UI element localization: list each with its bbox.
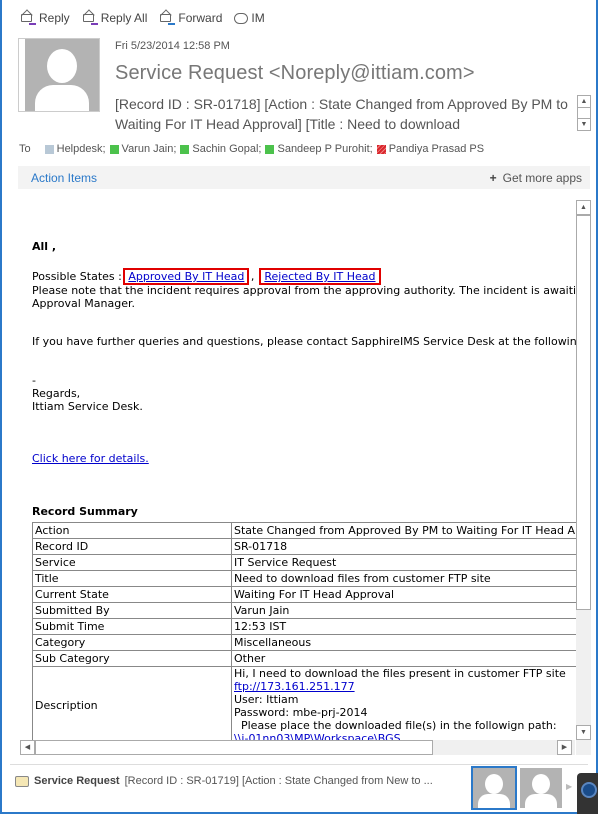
row-value: Miscellaneous [232,635,577,651]
rejected-highlight: Rejected By IT Head [261,270,378,283]
message-body: All , Possible States : Approved By IT H… [18,200,576,740]
table-row: Submitted ByVarun Jain [33,603,577,619]
possible-states-line: Possible States : Approved By IT Head , … [32,270,379,284]
row-key: Description [33,667,232,741]
presence-available-icon [180,145,189,154]
table-row: TitleNeed to download files from custome… [33,571,577,587]
row-key: Action [33,523,232,539]
row-key: Submit Time [33,619,232,635]
reply-all-icon [82,11,98,25]
scroll-up-icon[interactable]: ▲ [578,96,590,108]
recipient[interactable]: Pandiya Prasad PS [377,143,484,155]
row-value: Need to download files from customer FTP… [232,571,577,587]
row-key: Sub Category [33,651,232,667]
queries-line: If you have further queries and question… [32,335,576,349]
horizontal-scroll-thumb[interactable] [35,740,433,755]
message-subject: [Record ID : SR-01718] [Action : State C… [115,94,575,134]
row-value: Other [232,651,577,667]
row-key: Submitted By [33,603,232,619]
row-value: SR-01718 [232,539,577,555]
row-key: Service [33,555,232,571]
presence-dnd-icon [377,145,386,154]
chevron-right-icon[interactable]: ▶ [566,782,572,791]
recipient[interactable]: Sachin Gopal; [180,143,261,155]
subject-scrollbar[interactable]: ▲ ▼ [577,95,591,131]
reject-link[interactable]: Rejected By IT Head [264,270,375,283]
table-row: ActionState Changed from Approved By PM … [33,523,577,539]
recipient[interactable]: Helpdesk; [45,143,106,155]
approve-link[interactable]: Approved By IT Head [128,270,244,283]
regards: Regards, [32,387,80,401]
reply-icon [20,11,36,25]
related-message-item[interactable]: Service Request [Record ID : SR-01719] [… [15,775,433,787]
table-row: Current StateWaiting For IT Head Approva… [33,587,577,603]
table-row: ServiceIT Service Request [33,555,577,571]
table-row: Record IDSR-01718 [33,539,577,555]
record-summary-title: Record Summary [32,505,138,519]
row-value: Varun Jain [232,603,577,619]
app-badge-icon[interactable] [577,773,598,814]
scroll-right-arrow-icon[interactable]: ▶ [557,740,572,755]
person-silhouette-icon [532,774,550,794]
table-row: Description Hi, I need to download the f… [33,667,577,741]
sender-avatar[interactable] [19,39,99,111]
path-link[interactable]: \\i-01nn03\MP\Workspace\BGS [234,732,576,740]
note-line: Please note that the incident requires a… [32,284,576,298]
approved-highlight: Approved By IT Head [125,270,247,283]
apps-bar: Action Items +Get more apps [18,166,590,189]
horizontal-scrollbar[interactable]: ◀ ▶ [20,740,575,755]
note-line-2: Approval Manager. [32,297,135,311]
row-value: 12:53 IST [232,619,577,635]
scroll-up-arrow-icon[interactable]: ▲ [576,200,591,215]
action-items-tab[interactable]: Action Items [31,171,97,185]
people-avatar-selected[interactable] [473,768,515,808]
sender-name[interactable]: Service Request <Noreply@ittiam.com> [115,62,475,85]
footer-divider [10,764,588,765]
table-row: Submit Time12:53 IST [33,619,577,635]
forward-button[interactable]: Forward [159,11,222,25]
presence-unknown-icon [45,145,54,154]
plus-icon: + [490,171,497,185]
row-key: Current State [33,587,232,603]
greeting: All , [32,240,56,254]
row-key: Category [33,635,232,651]
signature: Ittiam Service Desk. [32,400,143,414]
message-date: Fri 5/23/2014 12:58 PM [115,40,230,52]
reply-all-button[interactable]: Reply All [82,11,148,25]
chat-bubble-icon [234,13,248,24]
ftp-link[interactable]: ftp://173.161.251.177 [234,680,576,693]
scroll-left-arrow-icon[interactable]: ◀ [20,740,35,755]
person-silhouette-icon [47,49,77,83]
table-row: Sub CategoryOther [33,651,577,667]
people-avatar[interactable] [520,768,562,808]
recipient[interactable]: Varun Jain; [110,143,177,155]
envelope-icon [15,776,29,787]
to-label: To [19,143,31,155]
row-value: Hi, I need to download the files present… [232,667,577,741]
details-link[interactable]: Click here for details. [32,452,149,466]
row-key: Record ID [33,539,232,555]
forward-icon [159,11,175,25]
im-button[interactable]: IM [234,11,264,25]
presence-available-icon [110,145,119,154]
row-value: IT Service Request [232,555,577,571]
scroll-down-arrow-icon[interactable]: ▼ [576,725,591,740]
row-value: State Changed from Approved By PM to Wai… [232,523,577,539]
scroll-down-icon[interactable]: ▼ [578,118,590,130]
reply-button[interactable]: Reply [20,11,70,25]
row-key: Title [33,571,232,587]
get-more-apps-button[interactable]: +Get more apps [490,171,582,185]
table-row: CategoryMiscellaneous [33,635,577,651]
recipients-line: To Helpdesk; Varun Jain; Sachin Gopal; S… [19,143,484,155]
presence-available-icon [265,145,274,154]
dash: - [32,374,36,388]
vertical-scroll-thumb[interactable] [576,215,591,610]
person-silhouette-icon [485,774,503,794]
vertical-scrollbar[interactable]: ▲ ▼ [576,200,591,755]
message-toolbar: Reply Reply All Forward IM [20,8,265,28]
record-summary-table: ActionState Changed from Approved By PM … [32,522,576,740]
row-value: Waiting For IT Head Approval [232,587,577,603]
recipient[interactable]: Sandeep P Purohit; [265,143,372,155]
